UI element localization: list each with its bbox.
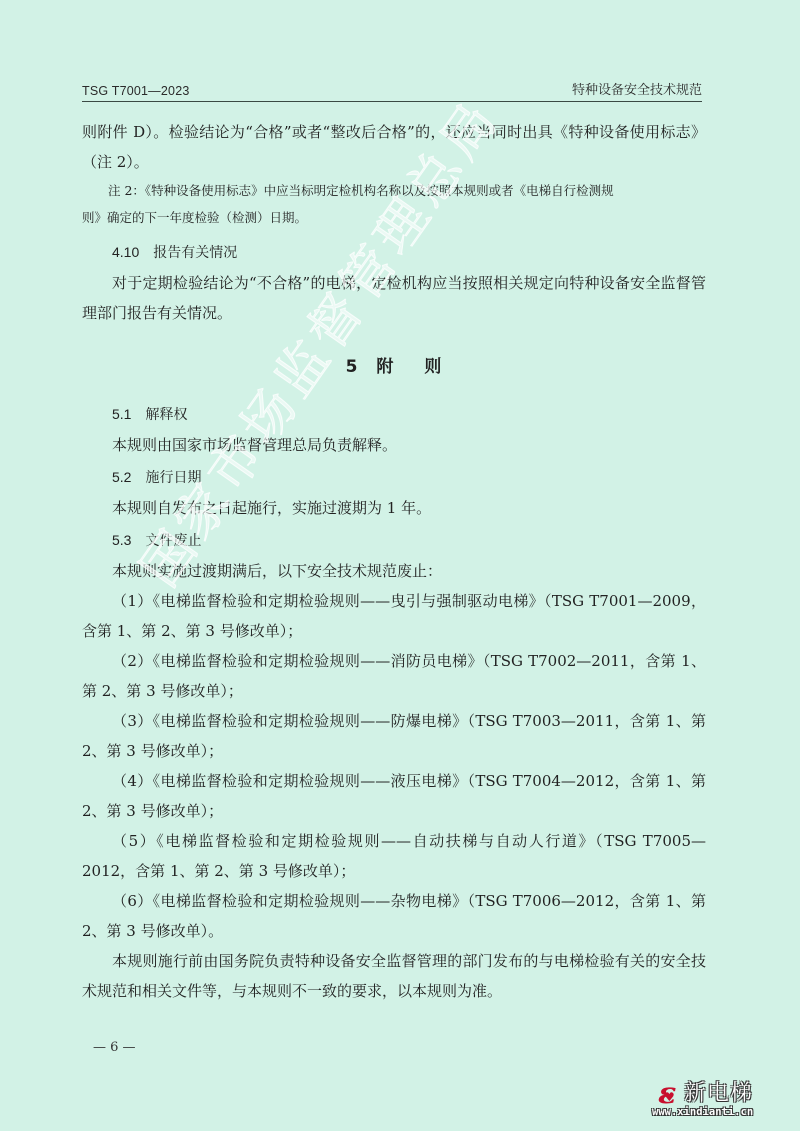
clause-number: 5.1: [112, 406, 131, 422]
standard-code: TSG T7001—2023: [82, 84, 190, 98]
clause-heading-5-3: 5.3文件废止: [82, 525, 706, 556]
clause-number: 4.10: [112, 244, 139, 260]
clause-title: 施行日期: [145, 470, 201, 486]
clause-heading-5-1: 5.1解释权: [82, 399, 706, 430]
repealed-item-2: （2）《电梯监督检验和定期检验规则——消防员电梯》（TSG T7002—2011…: [82, 646, 706, 706]
chapter-title-char-1: 附: [376, 357, 394, 377]
paragraph-5-1: 本规则由国家市场监督管理总局负责解释。: [82, 430, 706, 460]
page-body: 则附件 D）。检验结论为“合格”或者“整改后合格”的，还应当同时出具《特种设备使…: [82, 117, 706, 1006]
repealed-item-3: （3）《电梯监督检验和定期检验规则——防爆电梯》（TSG T7003—2011，…: [82, 706, 706, 766]
chapter-heading-5: 5附则: [82, 352, 706, 377]
repealed-item-5: （5）《电梯监督检验和定期检验规则——自动扶梯与自动人行道》（TSG T7005…: [82, 826, 706, 886]
clause-heading-4-10: 4.10报告有关情况: [82, 237, 706, 268]
paragraph-5-2: 本规则自发布之日起施行，实施过渡期为 1 年。: [82, 493, 706, 523]
paragraph-intro-continuation: 则附件 D）。检验结论为“合格”或者“整改后合格”的，还应当同时出具《特种设备使…: [82, 117, 706, 177]
clause-number: 5.2: [112, 469, 131, 485]
running-header: TSG T7001—2023 特种设备安全技术规范: [82, 76, 702, 102]
heart-icon: ♥: [664, 1090, 675, 1104]
chapter-title-char-2: 则: [424, 357, 442, 377]
repealed-item-6: （6）《电梯监督检验和定期检验规则——杂物电梯》（TSG T7006—2012，…: [82, 886, 706, 946]
repealed-item-1: （1）《电梯监督检验和定期检验规则——曳引与强制驱动电梯》（TSG T7001—…: [82, 586, 706, 646]
repealed-item-4: （4）《电梯监督检验和定期检验规则——液压电梯》（TSG T7004—2012，…: [82, 766, 706, 826]
note-2-line-1: 注 2：《特种设备使用标志》中应当标明定检机构名称以及按照本规则或者《电梯自行检…: [108, 183, 614, 198]
note-2-continuation: 则》确定的下一年度检验（检测）日期。: [82, 206, 706, 229]
chapter-number: 5: [346, 357, 359, 377]
paragraph-4-10: 对于定期检验结论为“不合格”的电梯，定检机构应当按照相关规定向特种设备安全监督管…: [82, 268, 706, 328]
paragraph-5-3: 本规则实施过渡期满后，以下安全技术规范废止：: [82, 556, 706, 586]
paragraph-final: 本规则施行前由国务院负责特种设备安全监督管理的部门发布的与电梯检验有关的安全技术…: [82, 946, 706, 1006]
clause-heading-5-2: 5.2施行日期: [82, 462, 706, 493]
spec-series-title: 特种设备安全技术规范: [572, 79, 702, 98]
note-2: 注 2：《特种设备使用标志》中应当标明定检机构名称以及按照本规则或者《电梯自行检…: [82, 179, 706, 202]
clause-title: 报告有关情况: [153, 245, 237, 261]
logo-url: www.xindianti.cn: [652, 1106, 753, 1118]
clause-title: 文件废止: [145, 533, 201, 549]
clause-title: 解释权: [145, 407, 187, 423]
clause-number: 5.3: [112, 532, 131, 548]
logo-name: 新电梯: [684, 1076, 753, 1107]
page-number: — 6 —: [93, 1040, 136, 1055]
site-logo: ε ♥ 新电梯 www.xindianti.cn: [650, 1072, 790, 1122]
